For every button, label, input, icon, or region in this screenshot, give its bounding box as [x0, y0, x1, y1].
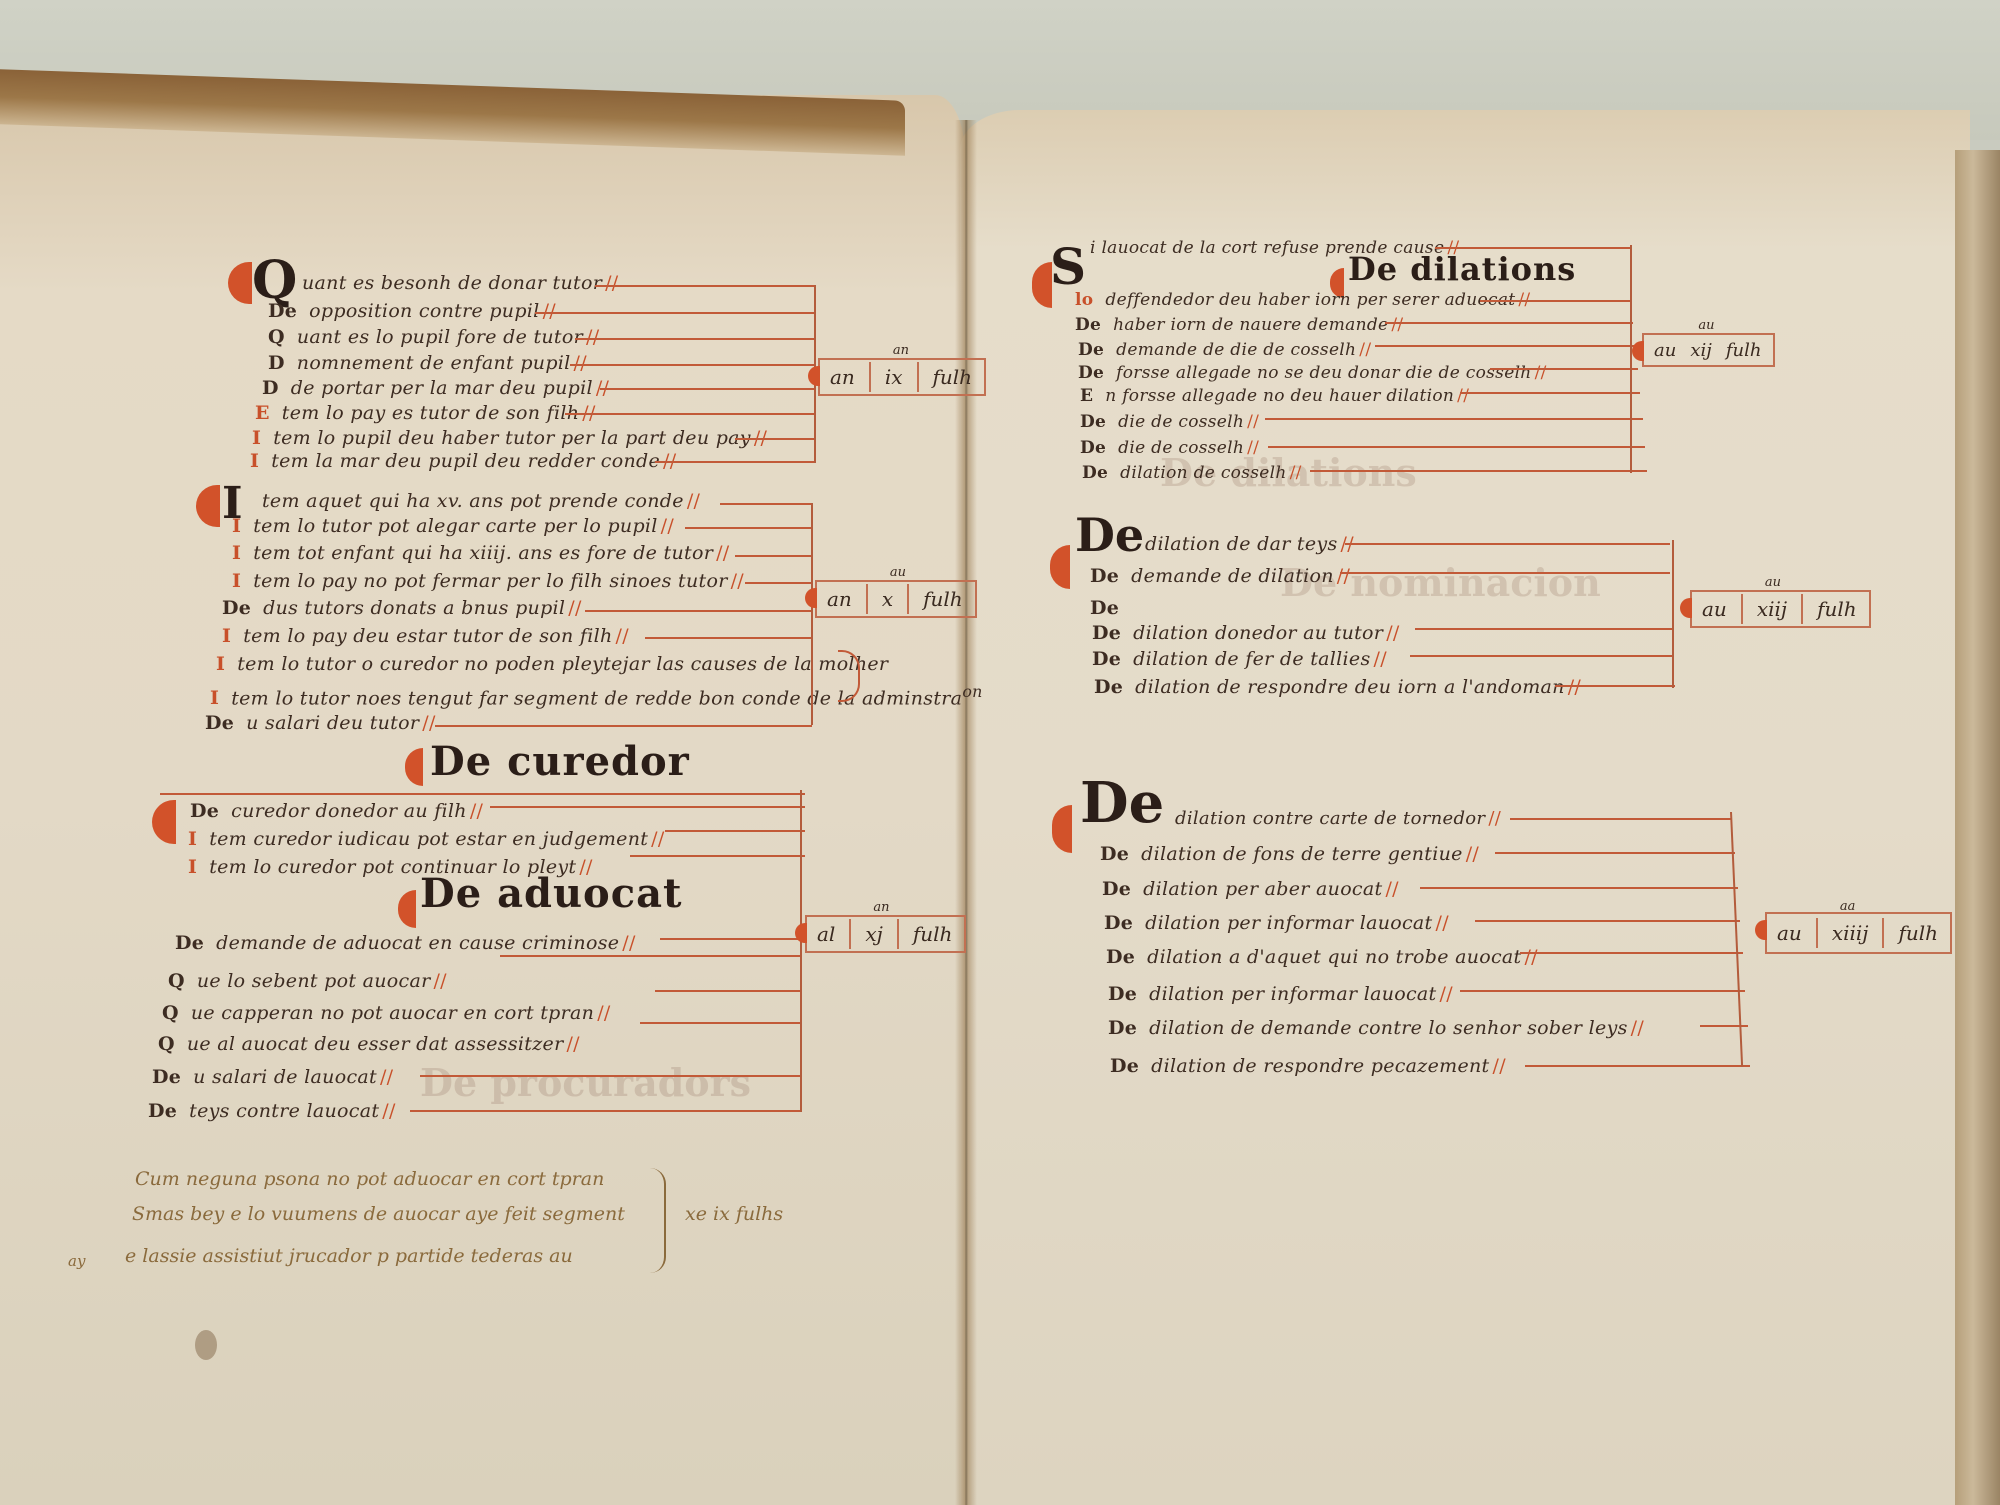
index-entry: Dde portar per la mar deu pupil// — [262, 377, 609, 399]
leader-line — [1410, 655, 1673, 657]
later-annotation: Smas bey e lo vuumens de auocar aye feit… — [132, 1203, 625, 1225]
entry-text: dilation per aber auocat — [1143, 878, 1382, 900]
leader-line — [660, 938, 800, 940]
entry-text: tem curedor iudicau pot estar en judgeme… — [209, 828, 648, 850]
entry-text: haber iorn de nauere demande — [1113, 315, 1388, 335]
separator — [907, 584, 909, 614]
entry-text: uant es lo pupil fore de tutor — [297, 326, 583, 348]
entry-initial: De — [1104, 912, 1133, 934]
entry-end-mark: // — [687, 490, 700, 512]
leader-line — [1375, 345, 1635, 347]
entry-text: dus tutors donats a bnus pupil — [263, 597, 565, 619]
index-entry: Item lo pupil deu haber tutor per la par… — [252, 427, 767, 449]
entry-text: demande de aduocat en cause criminose — [216, 932, 619, 954]
entry-initial: Q — [162, 1002, 179, 1024]
leader-line — [160, 793, 805, 795]
index-entry: Item lo tutor o curedor no poden pleytej… — [216, 653, 888, 675]
index-entry: Dedie de cosselh// — [1080, 412, 1259, 432]
entry-initial: De — [1092, 648, 1121, 670]
folio-number: xiijau — [1757, 597, 1787, 621]
entry-text: die de cosselh — [1118, 438, 1244, 458]
superscript-abbrev: on — [962, 682, 982, 701]
entry-initial: De — [1106, 946, 1135, 968]
entry-initial: Q — [268, 326, 285, 348]
index-entry: Deopposition contre pupil// — [268, 300, 556, 322]
entry-initial: D — [268, 352, 285, 374]
entry-end-mark: // — [566, 1033, 579, 1055]
leader-line — [630, 855, 805, 857]
entry-initial: Q — [158, 1033, 175, 1055]
entry-initial: I — [232, 515, 241, 537]
entry-end-mark: // — [1385, 878, 1398, 900]
separator — [1816, 918, 1818, 948]
entry-text: die de cosselh — [1118, 412, 1244, 432]
entry-text: dilation de fons de terre gentiue — [1141, 843, 1463, 865]
leader-line — [420, 1075, 800, 1077]
folio-prefix: an — [830, 365, 855, 389]
folio-prefix: au — [1777, 921, 1802, 945]
entry-initial: E — [255, 402, 270, 424]
entry-initial: D — [262, 377, 279, 399]
leader-line — [1340, 572, 1670, 574]
entry-text: tem lo tutor o curedor no poden pleyteja… — [237, 653, 888, 675]
entry-text: tem tot enfant qui ha xiiij. ans es fore… — [253, 542, 713, 564]
leader-line — [745, 582, 812, 584]
separator — [917, 362, 919, 392]
entry-initial: De — [1100, 843, 1129, 865]
decorated-initial: S — [1050, 242, 1086, 292]
index-entry: Dedilation de fons de terre gentiue// — [1100, 843, 1479, 865]
margin-folio-reference: an xau fulh — [815, 580, 977, 618]
entry-initial: I — [188, 856, 197, 878]
section-heading: De aduocat — [420, 870, 682, 917]
index-entry: Item curedor iudicau pot estar en judgem… — [188, 828, 665, 850]
entry-text: ue al auocat deu esser dat assessitzer — [187, 1033, 564, 1055]
entry-text: ue capperan no pot auocar en cort tpran — [191, 1002, 594, 1024]
leader-line — [1385, 322, 1633, 324]
index-entry: Dedilation per informar lauocat// — [1104, 912, 1449, 934]
index-entry: Dedilation de respondre deu iorn a l'and… — [1094, 676, 1581, 698]
folio-label: fulh — [923, 587, 963, 611]
entry-text: u salari deu tutor — [246, 712, 419, 734]
index-entry: Dedilation de demande contre lo senhor s… — [1108, 1017, 1644, 1039]
entry-initial: De — [152, 1066, 181, 1088]
margin-folio-reference: au xiijau fulh — [1690, 590, 1871, 628]
margin-folio-reference: au xiiijaa fulh — [1765, 912, 1952, 954]
leader-line — [1480, 300, 1630, 302]
leader-line — [1460, 392, 1640, 394]
leader-line — [570, 364, 815, 366]
entry-end-mark: // — [1391, 315, 1403, 335]
separator — [1882, 918, 1884, 948]
folio-label: fulh — [933, 365, 973, 389]
leader-line — [735, 555, 812, 557]
index-entry: Item tot enfant qui ha xiiij. ans es for… — [232, 542, 729, 564]
entry-end-mark: // — [1247, 438, 1259, 458]
leader-line — [1268, 446, 1645, 448]
entry-text: tem lo pay deu estar tutor de son filh — [243, 625, 612, 647]
leader-line — [645, 637, 812, 639]
entry-initial: I — [232, 570, 241, 592]
folio-prefix: au — [1654, 340, 1676, 361]
entry-initial: De — [1094, 676, 1123, 698]
entry-text: dilation de cosselh — [1120, 463, 1286, 483]
leader-line — [410, 1110, 800, 1112]
entry-text: u salari de lauocat — [193, 1066, 377, 1088]
entry-initial: De — [268, 300, 297, 322]
entry-end-mark: // — [1493, 1055, 1506, 1077]
margin-folio-reference: al xjan fulh — [805, 915, 966, 953]
leader-line — [1435, 247, 1630, 249]
index-entry: Dedemande de aduocat en cause criminose/… — [175, 932, 636, 954]
decorated-initial: De — [1080, 775, 1164, 831]
entry-text: tem lo pay no pot fermar per lo filh sin… — [253, 570, 727, 592]
index-entry: En forsse allegade no deu hauer dilation… — [1080, 386, 1469, 406]
entry-end-mark: // — [716, 542, 729, 564]
margin-folio-reference: au xijau fulh — [1642, 333, 1775, 367]
entry-initial: De — [222, 597, 251, 619]
entry-text: forsse allegade no se deu donar die de c… — [1116, 363, 1531, 383]
entry-end-mark: // — [422, 712, 435, 734]
entry-text: dilation de respondre deu iorn a l'andom… — [1135, 676, 1565, 698]
bracket-line — [1630, 245, 1632, 473]
separator — [1801, 594, 1803, 624]
separator — [866, 584, 868, 614]
entry-text: dilation per informar lauocat — [1149, 983, 1436, 1005]
leader-line — [1420, 887, 1738, 889]
leader-line — [735, 438, 815, 440]
leader-line — [500, 955, 800, 957]
entry-end-mark: // — [651, 828, 664, 850]
entry-text: demande de dilation — [1131, 565, 1334, 587]
entry-text: tem lo pay es tutor de son filh — [282, 402, 580, 424]
entry-end-mark: // — [1247, 412, 1259, 432]
entry-initial: E — [1080, 386, 1093, 406]
entry-end-mark: // — [1535, 363, 1547, 383]
entry-end-mark: // — [605, 272, 618, 294]
leader-line — [1555, 685, 1675, 687]
leader-line — [1460, 990, 1745, 992]
margin-mark: ay — [68, 1252, 85, 1270]
entry-text: dilation de respondre pecazement — [1151, 1055, 1489, 1077]
separator — [897, 919, 899, 949]
leader-line — [1510, 818, 1732, 820]
entry-initial: De — [1080, 438, 1106, 458]
index-entry: Que al auocat deu esser dat assessitzer/… — [158, 1033, 580, 1055]
section-heading: De curedor — [430, 738, 690, 785]
leader-line — [490, 806, 805, 808]
leader-line — [1415, 628, 1673, 630]
leader-line — [1525, 1065, 1750, 1067]
entry-initial: De — [1090, 597, 1119, 619]
entry-initial: De — [1110, 1055, 1139, 1077]
folio-prefix: an — [827, 587, 852, 611]
leader-line — [1265, 418, 1643, 420]
index-entry: Etem lo pay es tutor de son filh// — [255, 402, 596, 424]
entry-initial: I — [216, 653, 225, 675]
entry-end-mark: // — [470, 800, 483, 822]
folio-label: fulh — [1817, 597, 1857, 621]
entry-end-mark: // — [380, 1066, 393, 1088]
leader-line — [1490, 368, 1638, 370]
entry-text: demande de die de cosselh — [1116, 340, 1356, 360]
folio-number: ixan — [885, 365, 903, 389]
annotation-folio-ref: xe ix fulhs — [685, 1203, 783, 1225]
folio-label: fulh — [1898, 921, 1938, 945]
index-entry: Dedilation de cosselh// — [1082, 463, 1302, 483]
index-entry: Dehaber iorn de nauere demande// — [1075, 315, 1403, 335]
entry-initial: De — [148, 1100, 177, 1122]
folio-prefix: au — [1702, 597, 1727, 621]
entry-initial: De — [1075, 315, 1101, 335]
entry-end-mark: // — [1359, 340, 1371, 360]
entry-end-mark: // — [1524, 946, 1537, 968]
entry-text: opposition contre pupil — [309, 300, 539, 322]
entry-end-mark: // — [543, 300, 556, 322]
leader-line — [1345, 543, 1670, 545]
entry-initial: De — [175, 932, 204, 954]
leader-line — [575, 338, 815, 340]
leader-line — [595, 285, 815, 287]
entry-end-mark: // — [1337, 565, 1350, 587]
entry-initial: De — [1082, 463, 1108, 483]
curved-bracket — [838, 650, 860, 702]
leader-line — [1520, 952, 1743, 954]
index-entry: uant es besonh de donar tutor// — [302, 272, 619, 294]
entry-initial: I — [232, 542, 241, 564]
annotation-brace — [650, 1168, 666, 1273]
leader-line — [1495, 852, 1735, 854]
entry-text: uant es besonh de donar tutor — [302, 272, 602, 294]
entry-initial: De — [1092, 622, 1121, 644]
entry-initial: lo — [1075, 290, 1093, 310]
entry-initial: De — [1090, 565, 1119, 587]
entry-end-mark: // — [1457, 386, 1469, 406]
ink-stain — [195, 1330, 217, 1360]
index-entry: Deforsse allegade no se deu donar die de… — [1078, 363, 1547, 383]
index-entry: Dedus tutors donats a bnus pupil// — [222, 597, 582, 619]
entry-text: dilation de demande contre lo senhor sob… — [1149, 1017, 1627, 1039]
book-gutter — [955, 120, 977, 1505]
entry-end-mark: // — [1290, 463, 1302, 483]
entry-text: deffendedor deu haber iorn per serer adu… — [1105, 290, 1515, 310]
entry-end-mark: // — [1568, 676, 1581, 698]
leader-line — [1310, 470, 1647, 472]
entry-text: tem lo pupil deu haber tutor per la part… — [273, 427, 751, 449]
index-entry: Dedilation de respondre pecazement// — [1110, 1055, 1506, 1077]
entry-initial: I — [222, 625, 231, 647]
entry-end-mark: // — [574, 352, 587, 374]
separator — [1741, 594, 1743, 624]
index-entry: dilation de dar teys// — [1145, 533, 1354, 555]
entry-text: dilation de fer de tallies — [1133, 648, 1370, 670]
index-entry: Dedemande de die de cosselh// — [1078, 340, 1371, 360]
entry-initial: De — [1108, 1017, 1137, 1039]
entry-initial: I — [252, 427, 261, 449]
page-stack-edge — [1955, 150, 2000, 1505]
entry-initial: I — [210, 687, 219, 709]
entry-initial: De — [1080, 412, 1106, 432]
margin-folio-reference: an ixan fulh — [818, 358, 986, 396]
entry-text: ue lo sebent pot auocar — [197, 970, 431, 992]
entry-end-mark: // — [622, 932, 635, 954]
entry-text: tem la mar deu pupil deu redder conde — [271, 450, 660, 472]
index-entry: Decuredor donedor au filh// — [190, 800, 483, 822]
index-entry: Item lo tutor noes tengut far segment de… — [210, 682, 983, 709]
entry-end-mark: // — [1436, 912, 1449, 934]
entry-text: dilation de dar teys — [1145, 533, 1338, 555]
entry-initial: De — [1108, 983, 1137, 1005]
leader-line — [535, 312, 815, 314]
entry-end-mark: // — [382, 1100, 395, 1122]
bracket-line — [811, 503, 813, 725]
entry-text: dilation a d'aquet qui no trobe auocat — [1147, 946, 1521, 968]
folio-label: fulh — [913, 922, 953, 946]
folio-label: fulh — [1726, 340, 1762, 361]
later-annotation: Cum neguna psona no pot aduocar en cort … — [135, 1168, 604, 1190]
separator — [869, 362, 871, 392]
index-entry: Dedilation a d'aquet qui no trobe auocat… — [1106, 946, 1538, 968]
leader-line — [1475, 920, 1740, 922]
entry-end-mark: // — [1466, 843, 1479, 865]
index-entry: lodeffendedor deu haber iorn per serer a… — [1075, 290, 1530, 310]
index-entry: Dedemande de dilation// — [1090, 565, 1350, 587]
folio-number: xjan — [865, 922, 882, 946]
entry-text: nomnement de enfant pupil — [297, 352, 571, 374]
entry-initial: I — [250, 450, 259, 472]
leader-line — [655, 990, 800, 992]
section-heading: De dilations — [1348, 250, 1576, 288]
index-entry: Que capperan no pot auocar en cort tpran… — [162, 1002, 611, 1024]
entry-text: curedor donedor au filh — [231, 800, 467, 822]
entry-end-mark: // — [1386, 622, 1399, 644]
entry-end-mark: // — [1440, 983, 1453, 1005]
entry-text: de portar per la mar deu pupil — [291, 377, 593, 399]
bleed-through-text: De procuradors — [420, 1060, 751, 1105]
entry-end-mark: // — [433, 970, 446, 992]
index-entry: Quant es lo pupil fore de tutor// — [268, 326, 599, 348]
later-annotation: e lassie assistiut jrucador p partide te… — [125, 1245, 573, 1267]
folio-number: xijau — [1690, 340, 1712, 361]
folio-number: xiiijaa — [1832, 921, 1869, 945]
index-entry: Que lo sebent pot auocar// — [168, 970, 447, 992]
entry-end-mark: // — [1374, 648, 1387, 670]
decorated-initial: De — [1075, 512, 1144, 558]
entry-text: n forsse allegade no deu hauer dilation — [1105, 386, 1454, 406]
index-entry: Dedilation per informar lauocat// — [1108, 983, 1453, 1005]
entry-end-mark: // — [661, 515, 674, 537]
index-entry: Dedilation de fer de tallies// — [1092, 648, 1387, 670]
entry-initial: De — [205, 712, 234, 734]
index-entry: Item lo tutor pot alegar carte per lo pu… — [232, 515, 674, 537]
entry-initial: De — [1078, 363, 1104, 383]
index-entry: Item lo pay deu estar tutor de son filh/… — [222, 625, 629, 647]
entry-end-mark: // — [597, 1002, 610, 1024]
entry-end-mark: // — [616, 625, 629, 647]
entry-initial: Q — [168, 970, 185, 992]
entry-text: dilation contre carte de tornedor — [1175, 808, 1485, 829]
leader-line — [585, 610, 812, 612]
index-entry: Item la mar deu pupil deu redder conde// — [250, 450, 676, 472]
entry-initial: De — [1078, 340, 1104, 360]
entry-text: teys contre lauocat — [189, 1100, 379, 1122]
index-entry: Dnomnement de enfant pupil// — [268, 352, 587, 374]
entry-end-mark: // — [568, 597, 581, 619]
leader-line — [685, 527, 812, 529]
entry-text: tem aquet qui ha xv. ans pot prende cond… — [262, 490, 684, 512]
entry-end-mark: // — [1631, 1017, 1644, 1039]
index-entry: Deu salari de lauocat// — [152, 1066, 393, 1088]
entry-text: tem lo tutor pot alegar carte per lo pup… — [253, 515, 657, 537]
leader-line — [665, 830, 805, 832]
leader-line — [600, 388, 815, 390]
entry-text: dilation per informar lauocat — [1145, 912, 1432, 934]
entry-end-mark: // — [586, 326, 599, 348]
leader-line — [565, 413, 815, 415]
entry-initial: I — [188, 828, 197, 850]
separator — [849, 919, 851, 949]
index-entry: Dedilation donedor au tutor// — [1092, 622, 1400, 644]
leader-line — [720, 503, 812, 505]
index-entry: dilation contre carte de tornedor// — [1175, 808, 1501, 829]
entry-initial: De — [1102, 878, 1131, 900]
bracket-line — [1672, 540, 1674, 688]
leader-line — [655, 461, 815, 463]
folio-prefix: al — [817, 922, 835, 946]
entry-end-mark: // — [731, 570, 744, 592]
bracket-line — [800, 790, 802, 1112]
entry-text: dilation donedor au tutor — [1133, 622, 1383, 644]
leader-line — [640, 1022, 800, 1024]
index-entry: tem aquet qui ha xv. ans pot prende cond… — [262, 490, 700, 512]
entry-end-mark: // — [1488, 808, 1501, 829]
index-entry: Deu salari deu tutor// — [205, 712, 436, 734]
index-entry: Dedie de cosselh// — [1080, 438, 1259, 458]
entry-initial: De — [190, 800, 219, 822]
index-entry: Deteys contre lauocat// — [148, 1100, 396, 1122]
leader-line — [435, 725, 812, 727]
folio-number: xau — [882, 587, 893, 611]
index-entry: Dedilation per aber auocat// — [1102, 878, 1399, 900]
index-entry: Item lo pay no pot fermar per lo filh si… — [232, 570, 744, 592]
index-entry: De — [1090, 597, 1131, 619]
